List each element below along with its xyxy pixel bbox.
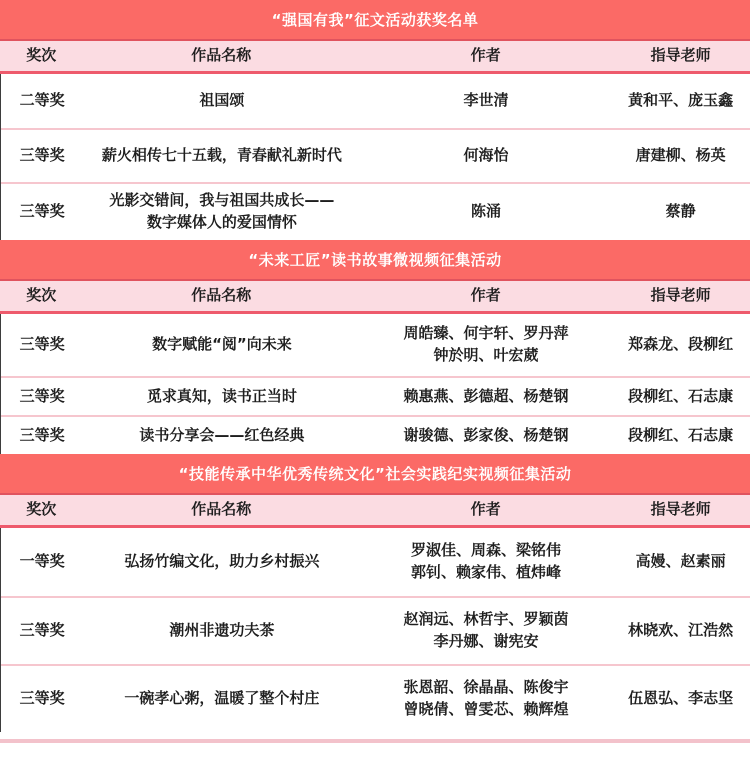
award-list-page: “强国有我”征文活动获奖名单 奖次 作品名称 作者 指导老师 二等奖 祖国颂 李… <box>0 0 750 770</box>
column-header-work: 作品名称 <box>83 285 361 307</box>
column-header-teachers: 指导老师 <box>611 499 750 521</box>
table-body: 三等奖 数字赋能“阅”向未来 周皓臻、何宇轩、罗丹萍 钟於明、叶宏葳 郑森龙、段… <box>0 314 750 454</box>
bottom-divider <box>0 739 750 743</box>
work-title-cell: 薪火相传七十五载，青春献礼新时代 <box>83 141 360 171</box>
award-section: “未来工匠”读书故事微视频征集活动 奖次 作品名称 作者 指导老师 三等奖 数字… <box>0 240 750 454</box>
award-cell: 一等奖 <box>1 547 83 577</box>
column-header-award: 奖次 <box>0 45 83 67</box>
column-header-row: 奖次 作品名称 作者 指导老师 <box>0 281 750 314</box>
table-row: 二等奖 祖国颂 李世清 黄和平、庞玉鑫 <box>1 74 750 128</box>
award-cell: 三等奖 <box>1 421 83 451</box>
award-cell: 三等奖 <box>1 616 83 646</box>
award-cell: 二等奖 <box>1 86 83 116</box>
column-header-work: 作品名称 <box>83 45 361 67</box>
sections-container: “强国有我”征文活动获奖名单 奖次 作品名称 作者 指导老师 二等奖 祖国颂 李… <box>0 0 750 732</box>
work-title-cell: 一碗孝心粥，温暖了整个村庄 <box>83 684 360 714</box>
column-header-authors: 作者 <box>360 285 611 307</box>
column-header-teachers: 指导老师 <box>611 285 750 307</box>
teachers-cell: 高嫚、赵素丽 <box>611 547 750 577</box>
work-title-cell: 潮州非遗功夫茶 <box>83 616 360 646</box>
authors-cell: 罗淑佳、周森、梁铭伟 郭钊、赖家伟、植炜峰 <box>361 536 612 588</box>
award-cell: 三等奖 <box>1 141 83 171</box>
work-title-cell: 觅求真知，读书正当时 <box>83 382 360 412</box>
teachers-cell: 段柳红、石志康 <box>611 382 750 412</box>
column-header-row: 奖次 作品名称 作者 指导老师 <box>0 41 750 74</box>
teachers-cell: 伍恩弘、李志坚 <box>611 684 750 714</box>
table-body: 一等奖 弘扬竹编文化，助力乡村振兴 罗淑佳、周森、梁铭伟 郭钊、赖家伟、植炜峰 … <box>0 528 750 732</box>
table-row: 三等奖 潮州非遗功夫茶 赵润远、林哲宇、罗颖茵 李丹娜、谢宪安 林晓欢、江浩然 <box>1 596 750 664</box>
table-row: 三等奖 觅求真知，读书正当时 赖惠燕、彭德超、杨楚钢 段柳红、石志康 <box>1 376 750 415</box>
award-section: “技能传承中华优秀传统文化”社会实践纪实视频征集活动 奖次 作品名称 作者 指导… <box>0 454 750 732</box>
work-title-cell: 祖国颂 <box>83 86 360 116</box>
column-header-authors: 作者 <box>360 45 611 67</box>
authors-cell: 周皓臻、何宇轩、罗丹萍 钟於明、叶宏葳 <box>361 319 612 371</box>
column-header-work: 作品名称 <box>83 499 361 521</box>
work-title-cell: 弘扬竹编文化，助力乡村振兴 <box>83 547 360 577</box>
teachers-cell: 唐建柳、杨英 <box>611 141 750 171</box>
table-row: 三等奖 一碗孝心粥，温暖了整个村庄 张恩韶、徐晶晶、陈俊宇 曾晓倩、曾雯芯、赖辉… <box>1 664 750 732</box>
section-title: “技能传承中华优秀传统文化”社会实践纪实视频征集活动 <box>0 454 750 495</box>
teachers-cell: 黄和平、庞玉鑫 <box>611 86 750 116</box>
authors-cell: 何海怡 <box>361 141 612 171</box>
column-header-teachers: 指导老师 <box>611 45 750 67</box>
column-header-authors: 作者 <box>360 499 611 521</box>
authors-cell: 赖惠燕、彭德超、杨楚钢 <box>361 382 612 412</box>
work-title-cell: 光影交错间，我与祖国共成长—— 数字媒体人的爱国情怀 <box>83 186 360 238</box>
work-title-cell: 数字赋能“阅”向未来 <box>83 330 360 360</box>
table-row: 三等奖 光影交错间，我与祖国共成长—— 数字媒体人的爱国情怀 陈涌 蔡静 <box>1 182 750 240</box>
work-title-cell: 读书分享会——红色经典 <box>83 421 360 451</box>
teachers-cell: 段柳红、石志康 <box>611 421 750 451</box>
column-header-award: 奖次 <box>0 285 83 307</box>
authors-cell: 张恩韶、徐晶晶、陈俊宇 曾晓倩、曾雯芯、赖辉煌 <box>361 673 612 725</box>
section-title: “强国有我”征文活动获奖名单 <box>0 0 750 41</box>
award-cell: 三等奖 <box>1 684 83 714</box>
table-row: 一等奖 弘扬竹编文化，助力乡村振兴 罗淑佳、周森、梁铭伟 郭钊、赖家伟、植炜峰 … <box>1 528 750 596</box>
table-body: 二等奖 祖国颂 李世清 黄和平、庞玉鑫 三等奖 薪火相传七十五载，青春献礼新时代… <box>0 74 750 240</box>
column-header-row: 奖次 作品名称 作者 指导老师 <box>0 495 750 528</box>
teachers-cell: 林晓欢、江浩然 <box>611 616 750 646</box>
table-row: 三等奖 数字赋能“阅”向未来 周皓臻、何宇轩、罗丹萍 钟於明、叶宏葳 郑森龙、段… <box>1 314 750 376</box>
teachers-cell: 蔡静 <box>611 197 750 227</box>
authors-cell: 李世清 <box>361 86 612 116</box>
award-cell: 三等奖 <box>1 197 83 227</box>
award-section: “强国有我”征文活动获奖名单 奖次 作品名称 作者 指导老师 二等奖 祖国颂 李… <box>0 0 750 240</box>
section-title: “未来工匠”读书故事微视频征集活动 <box>0 240 750 281</box>
teachers-cell: 郑森龙、段柳红 <box>611 330 750 360</box>
authors-cell: 陈涌 <box>361 197 612 227</box>
authors-cell: 赵润远、林哲宇、罗颖茵 李丹娜、谢宪安 <box>361 605 612 657</box>
table-row: 三等奖 读书分享会——红色经典 谢骏德、彭家俊、杨楚钢 段柳红、石志康 <box>1 415 750 454</box>
award-cell: 三等奖 <box>1 382 83 412</box>
authors-cell: 谢骏德、彭家俊、杨楚钢 <box>361 421 612 451</box>
column-header-award: 奖次 <box>0 499 83 521</box>
award-cell: 三等奖 <box>1 330 83 360</box>
table-row: 三等奖 薪火相传七十五载，青春献礼新时代 何海怡 唐建柳、杨英 <box>1 128 750 182</box>
